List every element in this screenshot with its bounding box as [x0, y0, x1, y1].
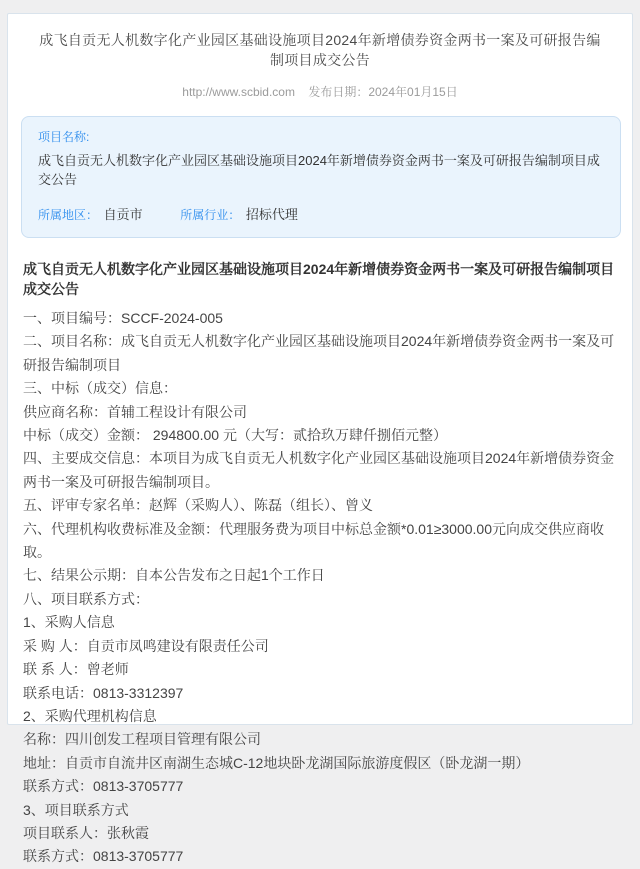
region-value: 自贡市: [104, 207, 143, 222]
announcement-heading: 成飞自贡无人机数字化产业园区基础设施项目2024年新增债券资金两书一案及可研报告…: [23, 259, 616, 299]
page-title: 成飞自贡无人机数字化产业园区基础设施项目2024年新增债券资金两书一案及可研报告…: [38, 30, 602, 70]
line-purchaser-phone: 联系电话：0813-3312397: [23, 682, 616, 705]
region-label: 所属地区：: [38, 208, 98, 222]
announcement-card: 成飞自贡无人机数字化产业园区基础设施项目2024年新增债券资金两书一案及可研报告…: [7, 13, 633, 725]
line-supplier-name: 供应商名称：首辅工程设计有限公司: [23, 401, 616, 424]
line-main-award-info: 四、主要成交信息：本项目为成飞自贡无人机数字化产业园区基础设施项目2024年新增…: [23, 447, 616, 494]
line-agency-name: 名称：四川创发工程项目管理有限公司: [23, 728, 616, 751]
line-project-number: 一、项目编号：SCCF-2024-005: [23, 307, 616, 330]
industry-pair: 所属行业： 招标代理: [180, 207, 298, 222]
line-award-info-heading: 三、中标（成交）信息：: [23, 377, 616, 400]
line-purchaser-name: 采 购 人：自贡市凤鸣建设有限责任公司: [23, 635, 616, 658]
publish-meta: http://www.scbid.com 发布日期：2024年01月15日: [8, 83, 632, 100]
line-agency-section: 2、采购代理机构信息: [23, 705, 616, 728]
line-project-contact-section: 3、项目联系方式: [23, 799, 616, 822]
source-url: http://www.scbid.com: [182, 85, 295, 99]
line-agency-address: 地址：自贡市自流井区南湖生态城C-12地块卧龙湖国际旅游度假区（卧龙湖一期）: [23, 752, 616, 775]
project-name-value: 成飞自贡无人机数字化产业园区基础设施项目2024年新增债券资金两书一案及可研报告…: [38, 150, 604, 188]
line-contact-heading: 八、项目联系方式：: [23, 588, 616, 611]
page-header: 成飞自贡无人机数字化产业园区基础设施项目2024年新增债券资金两书一案及可研报告…: [8, 14, 632, 100]
industry-label: 所属行业：: [180, 208, 240, 222]
line-project-contact-phone: 联系方式：0813-3705777: [23, 845, 616, 868]
line-purchaser-section: 1、采购人信息: [23, 611, 616, 634]
announcement-body: 成飞自贡无人机数字化产业园区基础设施项目2024年新增债券资金两书一案及可研报告…: [8, 238, 632, 869]
line-agency-fee: 六、代理机构收费标准及金额：代理服务费为项目中标总金额*0.01≥3000.00…: [23, 518, 616, 565]
project-name-label: 项目名称:: [38, 128, 604, 145]
project-info-box: 项目名称: 成飞自贡无人机数字化产业园区基础设施项目2024年新增债券资金两书一…: [21, 116, 621, 238]
line-purchaser-contact: 联 系 人：曾老师: [23, 658, 616, 681]
line-agency-phone: 联系方式：0813-3705777: [23, 775, 616, 798]
publish-date: 发布日期：2024年01月15日: [308, 85, 457, 99]
line-project-contact-name: 项目联系人：张秋霞: [23, 822, 616, 845]
line-award-amount: 中标（成交）金额： 294800.00 元（大写：贰拾玖万肆仟捌佰元整）: [23, 424, 616, 447]
line-project-name: 二、项目名称：成飞自贡无人机数字化产业园区基础设施项目2024年新增债券资金两书…: [23, 330, 616, 377]
region-pair: 所属地区： 自贡市: [38, 207, 146, 222]
line-publicity-period: 七、结果公示期：自本公告发布之日起1个工作日: [23, 564, 616, 587]
project-meta-row: 所属地区： 自贡市 所属行业： 招标代理: [38, 204, 604, 223]
line-expert-list: 五、评审专家名单：赵辉（采购人）、陈磊（组长）、曾义: [23, 494, 616, 517]
industry-value: 招标代理: [246, 207, 298, 222]
